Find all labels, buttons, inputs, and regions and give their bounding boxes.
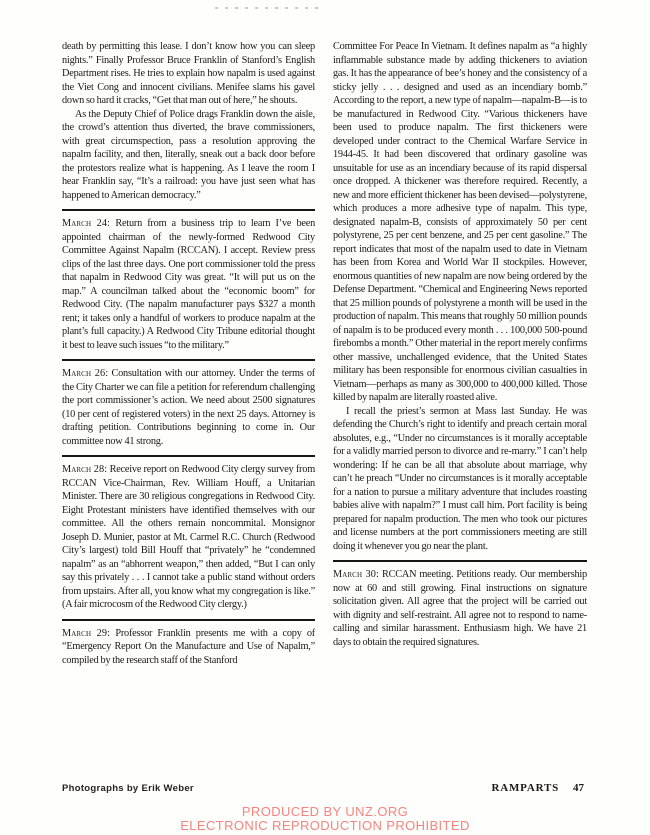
body-paragraph: As the Deputy Chief of Police drags Fran… (62, 108, 315, 203)
section-divider (62, 455, 315, 457)
running-footer: RAMPARTS47 (333, 782, 587, 794)
watermark-line-2: ELECTRONIC REPRODUCTION PROHIBITED (0, 819, 650, 833)
section-divider (62, 619, 315, 621)
body-paragraph: I recall the priest’s sermon at Mass las… (333, 405, 587, 554)
unz-watermark: PRODUCED BY UNZ.ORG ELECTRONIC REPRODUCT… (0, 805, 650, 832)
diary-entry-march-30: March 30: RCCAN meeting. Petitions ready… (333, 568, 587, 649)
continued-paragraph: death by permitting this lease. I don’t … (62, 40, 315, 108)
diary-entry-march-24: March 24: Return from a business trip to… (62, 217, 315, 352)
entry-text: Consultation with our attorney. Under th… (62, 368, 315, 447)
magazine-page: death by permitting this lease. I don’t … (0, 0, 650, 835)
photo-credit: Photographs by Erik Weber (62, 783, 194, 794)
entry-date-label: March 29: (62, 628, 110, 639)
entry-text: RCCAN meeting. Petitions ready. Our memb… (333, 569, 587, 648)
entry-date-label: March 30: (333, 569, 379, 580)
scan-artifact (215, 7, 325, 9)
entry-date-label: March 28: (62, 464, 107, 475)
entry-date-label: March 26: (62, 368, 108, 379)
left-column: death by permitting this lease. I don’t … (62, 40, 315, 667)
continued-paragraph: Committee For Peace In Vietnam. It defin… (333, 40, 587, 405)
section-divider (333, 560, 587, 562)
entry-text: Return from a business trip to learn I’v… (62, 218, 315, 351)
right-column: Committee For Peace In Vietnam. It defin… (333, 40, 587, 649)
diary-entry-march-29: March 29: Professor Franklin presents me… (62, 627, 315, 668)
diary-entry-march-26: March 26: Consultation with our attorney… (62, 367, 315, 448)
section-divider (62, 359, 315, 361)
section-divider (62, 209, 315, 211)
page-number: 47 (573, 782, 584, 794)
diary-entry-march-28: March 28: Receive report on Redwood City… (62, 463, 315, 612)
watermark-line-1: PRODUCED BY UNZ.ORG (0, 805, 650, 819)
entry-text: Receive report on Redwood City clergy su… (62, 464, 315, 610)
magazine-name: RAMPARTS (491, 782, 559, 794)
entry-date-label: March 24: (62, 218, 110, 229)
